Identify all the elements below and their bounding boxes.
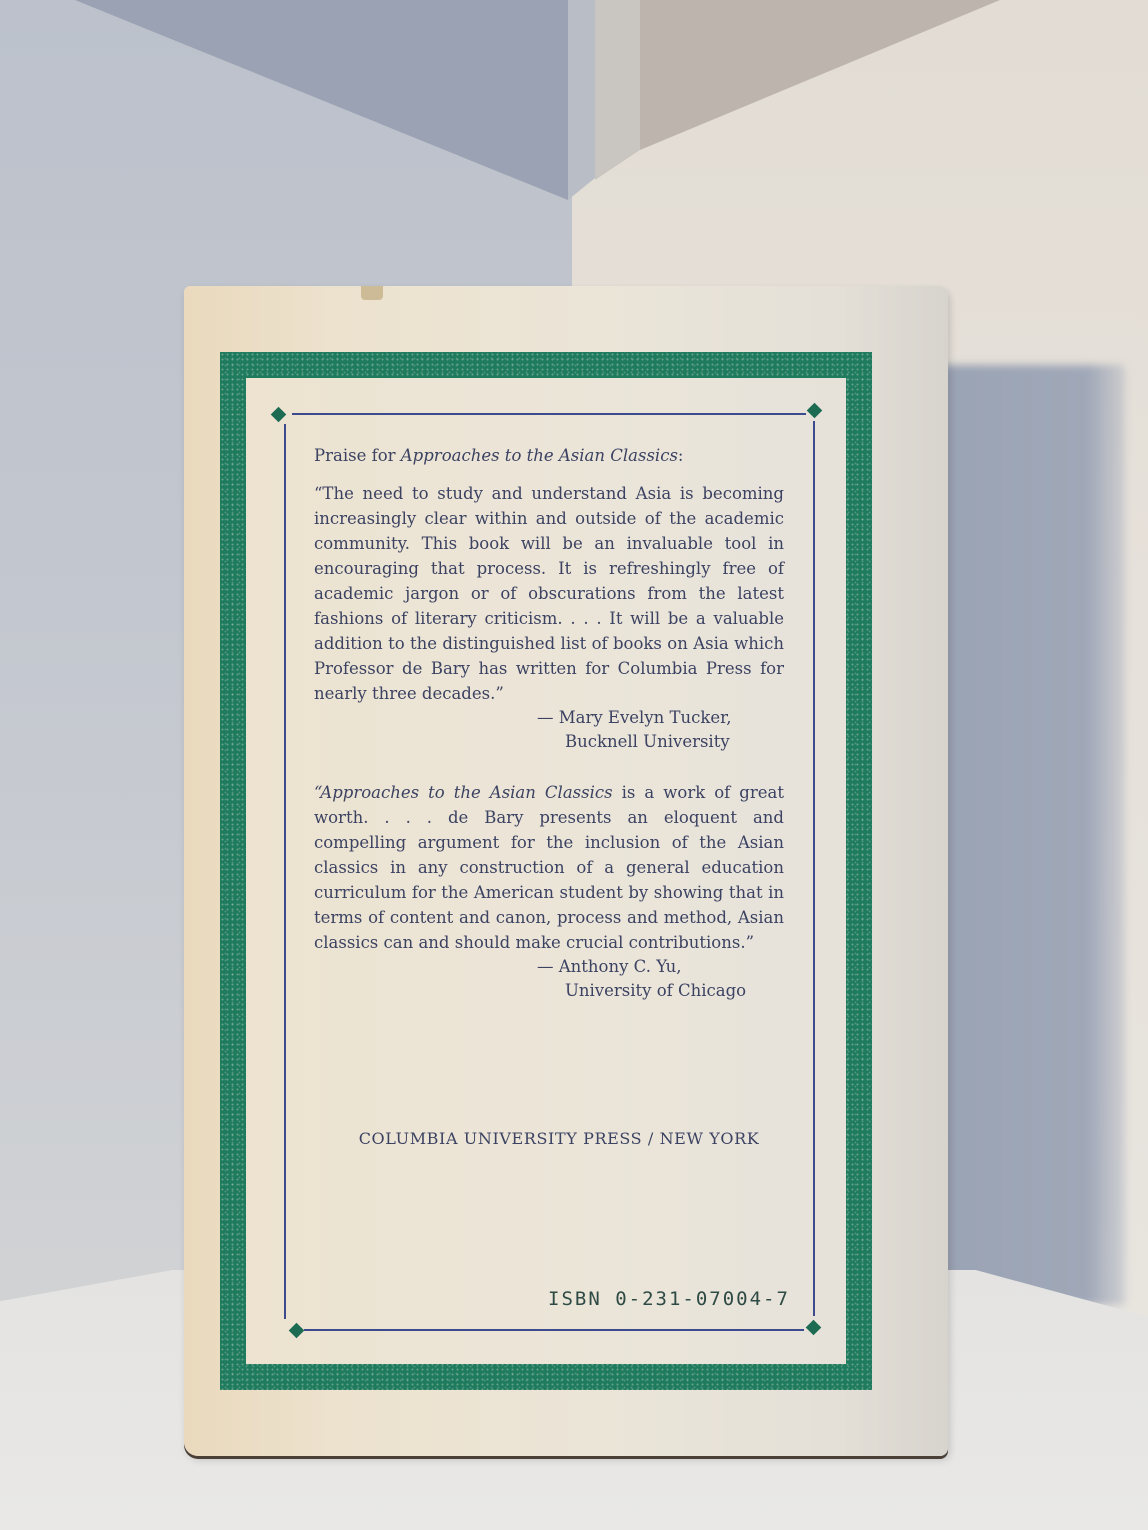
- quote-2-affiliation: University of Chicago: [314, 979, 784, 1003]
- rule-left: [284, 424, 286, 1319]
- isbn-number: ISBN 0-231-07004-7: [548, 1288, 790, 1310]
- quote-2-author: — Anthony C. Yu,: [314, 955, 784, 979]
- overhead-shelf: [0, 0, 1148, 230]
- quote-2-text: “Approaches to the Asian Classics is a w…: [314, 780, 784, 955]
- quote-1-affiliation: Bucknell University: [314, 730, 784, 754]
- quote-2-book-title: “Approaches to the Asian Classics: [314, 783, 613, 802]
- jacket-tear: [361, 286, 383, 300]
- quote-1-author: — Mary Evelyn Tucker,: [314, 706, 784, 730]
- rule-bottom: [304, 1329, 804, 1331]
- heading-colon: :: [678, 446, 684, 465]
- heading-book-title: Approaches to the Asian Classics: [401, 446, 678, 465]
- quote-1-text: “The need to study and understand Asia i…: [314, 481, 784, 706]
- praise-text-block: Praise for Approaches to the Asian Class…: [314, 443, 784, 1003]
- praise-heading: Praise for Approaches to the Asian Class…: [314, 443, 784, 468]
- book-back-cover: Praise for Approaches to the Asian Class…: [184, 286, 948, 1456]
- book-shadow: [940, 365, 1125, 1305]
- heading-prefix: Praise for: [314, 446, 401, 465]
- quote-2-body: is a work of great worth. . . . de Bary …: [314, 783, 784, 952]
- rule-right: [813, 421, 815, 1316]
- photo-scene: Praise for Approaches to the Asian Class…: [0, 0, 1148, 1530]
- publisher-imprint: COLUMBIA UNIVERSITY PRESS / NEW YORK: [334, 1129, 784, 1148]
- rule-top: [292, 413, 806, 415]
